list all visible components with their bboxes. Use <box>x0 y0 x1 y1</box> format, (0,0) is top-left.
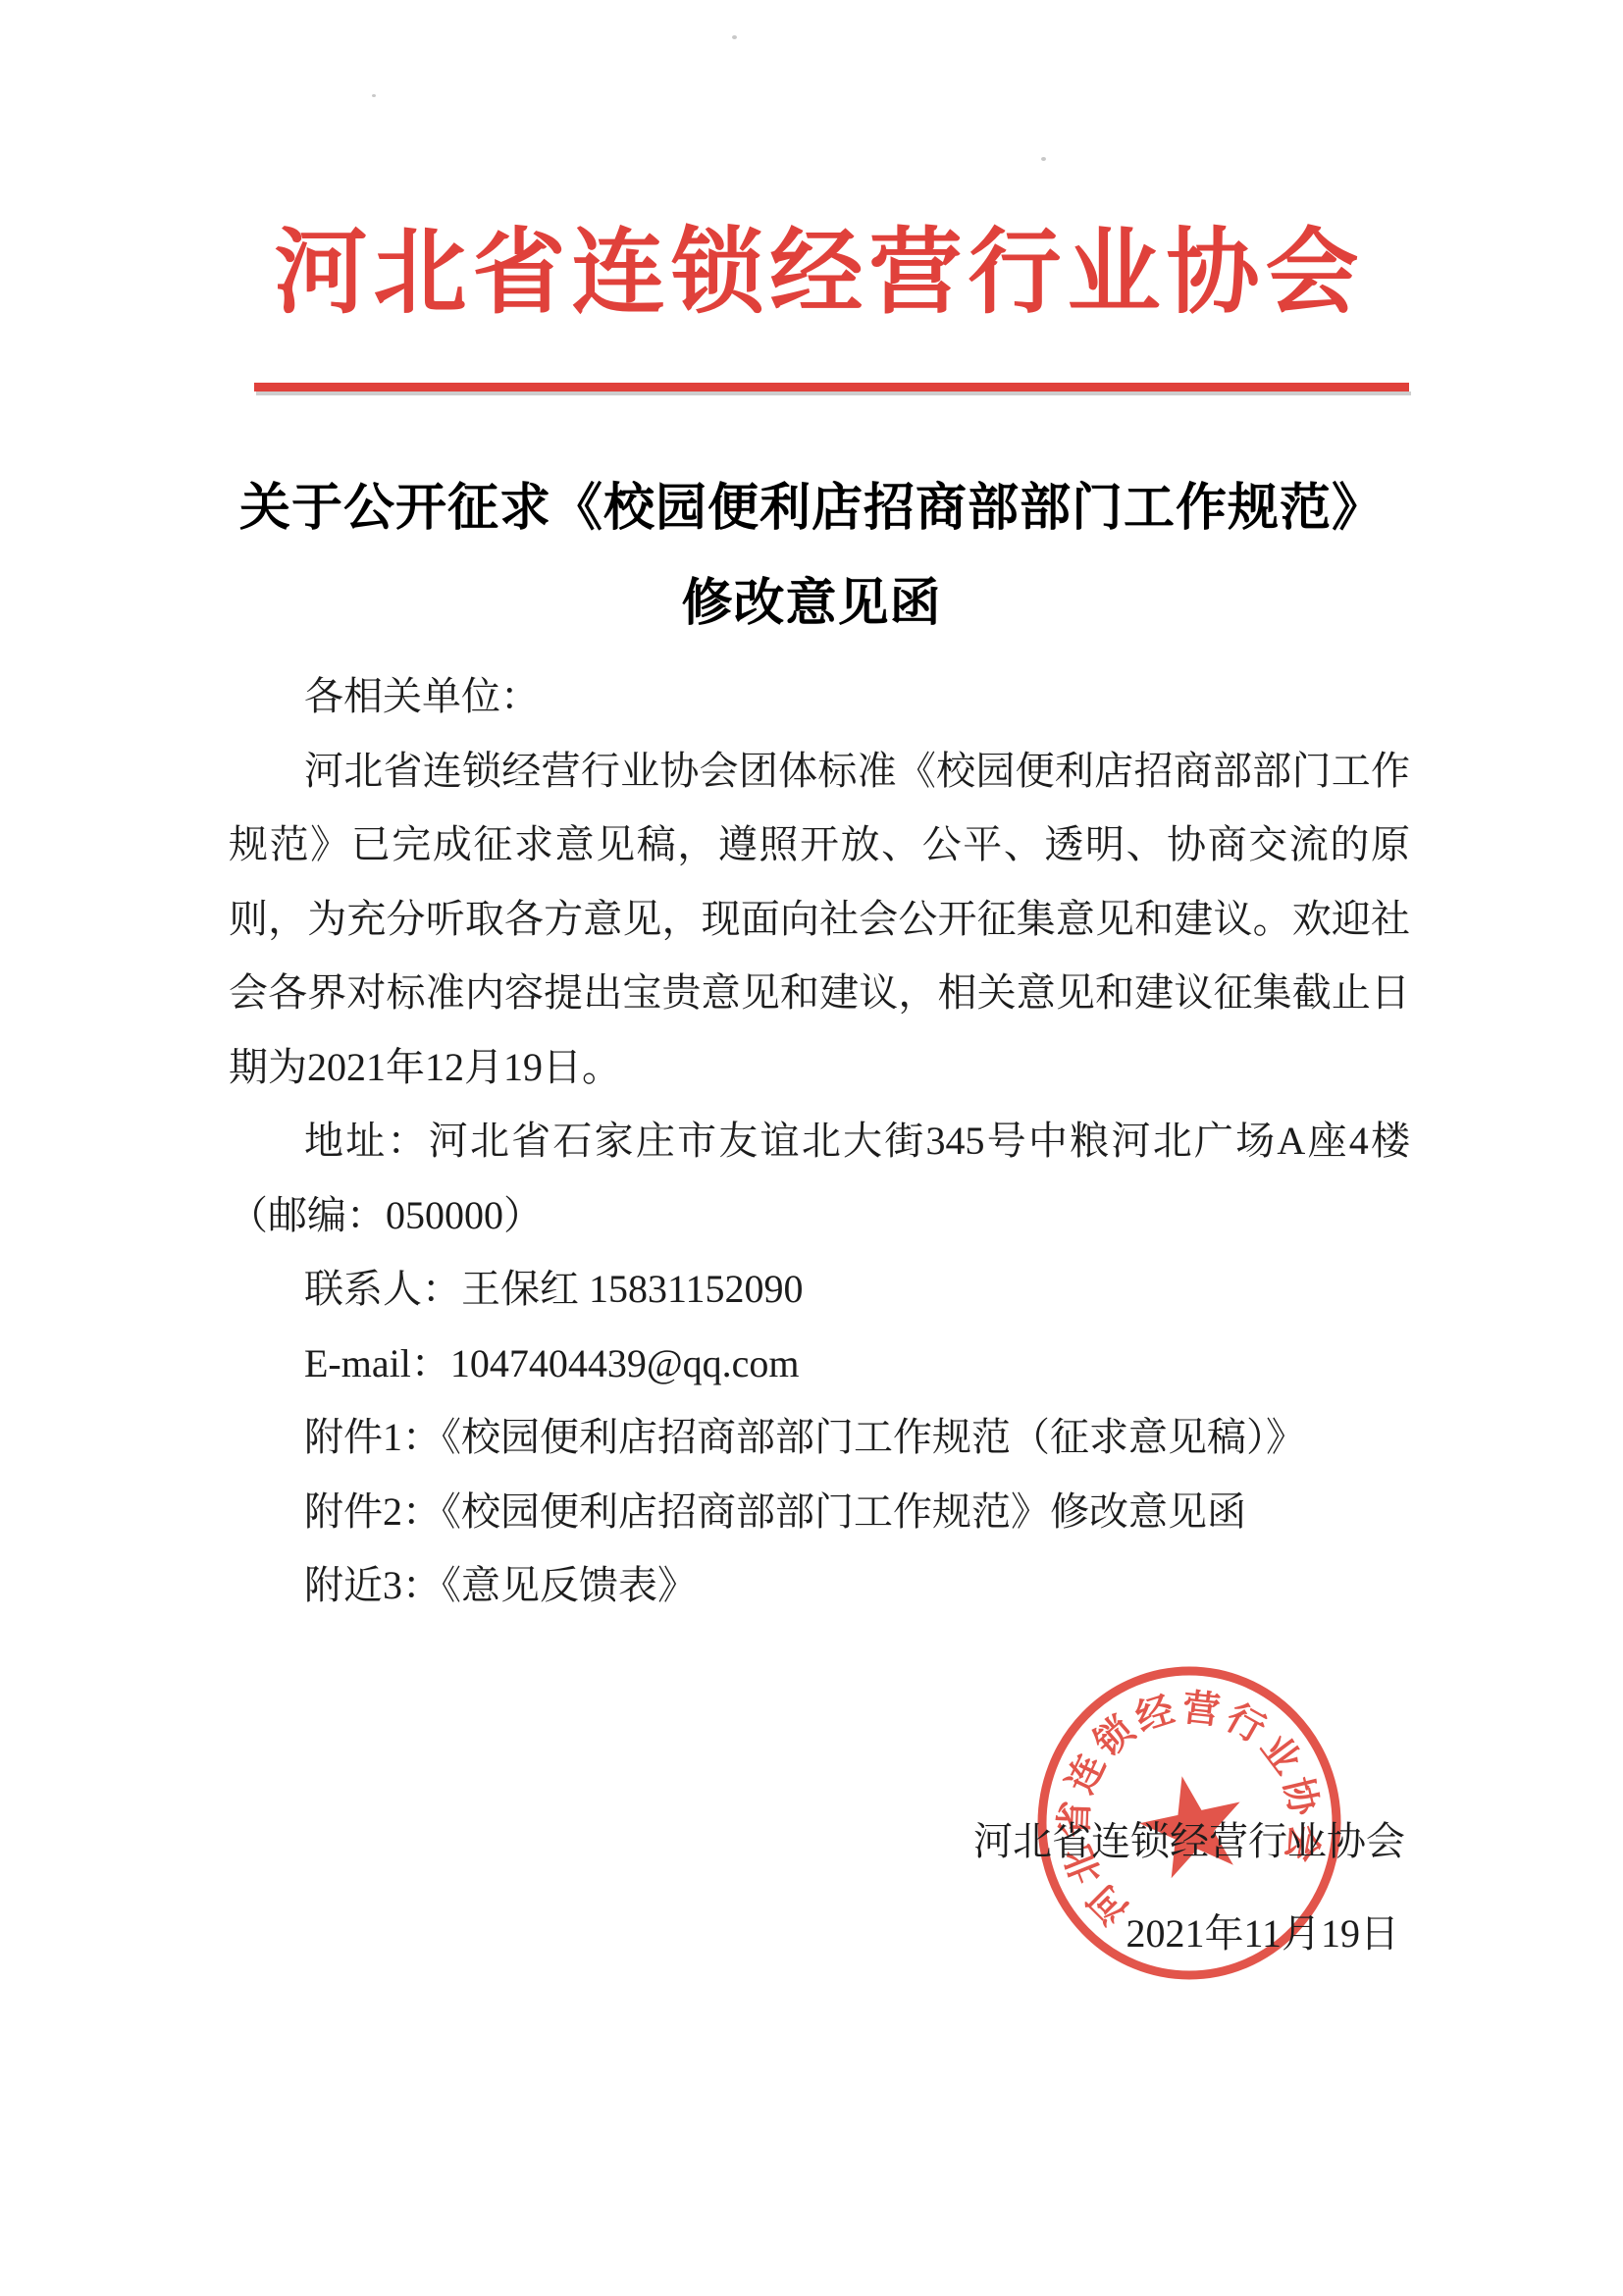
letterhead-rule-shadow <box>256 391 1411 395</box>
email-line: E-mail：1047404439@qq.com <box>229 1327 1410 1401</box>
attachment-line: 附近3：《意见反馈表》 <box>229 1548 1410 1623</box>
document-title-line2: 修改意见函 <box>0 556 1623 652</box>
signature-date: 2021年11月19日 <box>0 1888 1405 1980</box>
letter-body: 各相关单位： 河北省连锁经营行业协会团体标准《校园便利店招商部部门工作 规范》已… <box>229 659 1410 1623</box>
letterhead-org-name: 河北省连锁经营行业协会 <box>8 221 1623 325</box>
paragraph-line: 规范》已完成征求意见稿，遵照开放、公平、透明、协商交流的原 <box>229 808 1410 882</box>
document-title: 关于公开征求《校园便利店招商部部门工作规范》 修改意见函 <box>0 461 1623 652</box>
stamp-char: 经 <box>1131 1690 1179 1740</box>
signature-block: 河北省连锁经营行业协会 2021年11月19日 <box>0 1796 1405 1980</box>
document-title-line1: 关于公开征求《校园便利店招商部部门工作规范》 <box>0 461 1623 556</box>
scan-speck <box>372 94 376 97</box>
postcode-line: （邮编：050000） <box>229 1178 1410 1253</box>
scan-speck <box>732 35 737 39</box>
paragraph-line: 期为2021年12月19日。 <box>229 1030 1410 1105</box>
attachment-line: 附件2：《校园便利店招商部部门工作规范》修改意见函 <box>229 1475 1410 1549</box>
stamp-char: 业 <box>1252 1727 1307 1782</box>
stamp-char: 锁 <box>1086 1708 1143 1765</box>
contact-line: 联系人：王保红 15831152090 <box>229 1252 1410 1327</box>
letterhead-rule <box>254 383 1409 391</box>
paragraph-line: 会各界对标准内容提出宝贵意见和建议，相关意见和建议征集截止日 <box>229 956 1410 1030</box>
salutation-line: 各相关单位： <box>229 659 1410 734</box>
stamp-char: 营 <box>1180 1688 1222 1733</box>
scanned-letter-page: 河北省连锁经营行业协会 关于公开征求《校园便利店招商部部门工作规范》 修改意见函… <box>0 0 1623 2296</box>
attachment-line: 附件1：《校园便利店招商部部门工作规范（征求意见稿）》 <box>229 1400 1410 1475</box>
paragraph-line: 河北省连锁经营行业协会团体标准《校园便利店招商部部门工作 <box>229 734 1410 809</box>
signature-org-name: 河北省连锁经营行业协会 <box>0 1796 1405 1888</box>
paragraph-line: 则，为充分听取各方意见，现面向社会公开征集意见和建议。欢迎社 <box>229 882 1410 957</box>
scan-speck <box>1041 157 1046 161</box>
address-line: 地址：河北省石家庄市友谊北大街345号中粮河北广场A座4楼 <box>229 1104 1410 1178</box>
